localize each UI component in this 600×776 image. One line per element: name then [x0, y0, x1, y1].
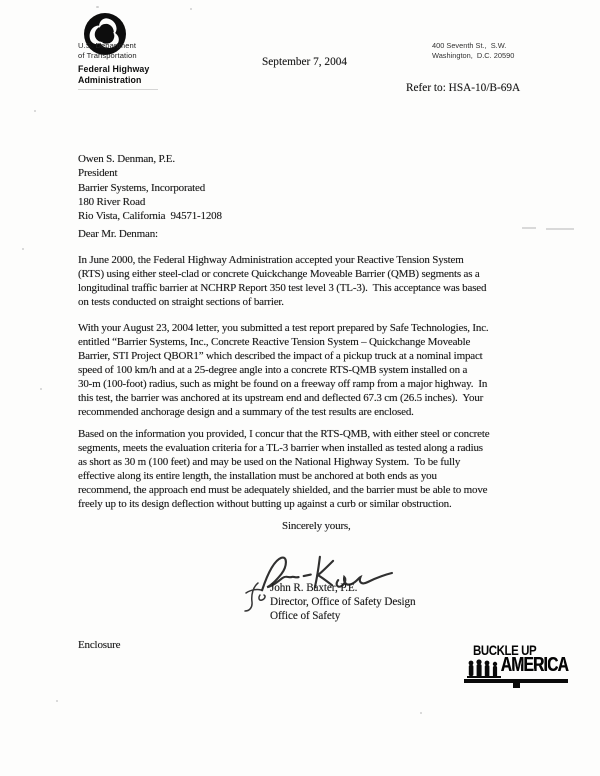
scan-smudge: [522, 227, 536, 229]
scan-smudge: [546, 228, 574, 230]
refer-to-line: Refer to: HSA-10/B-69A: [406, 82, 520, 94]
scan-speck: [420, 712, 422, 714]
letter-date: September 7, 2004: [262, 56, 347, 68]
valediction: Sincerely yours,: [282, 519, 351, 533]
hq-address: 400 Seventh St., S.W. Washington, D.C. 2…: [432, 41, 514, 60]
body-paragraph-2: With your August 23, 2004 letter, you su…: [78, 321, 489, 419]
recipient-address-block: Owen S. Denman, P.E. President Barrier S…: [78, 152, 222, 223]
scan-speck: [56, 700, 58, 702]
bua-line2: AMERICA: [501, 654, 553, 677]
agency-name-small: U.S. Department of Transportation: [78, 41, 137, 60]
signed-for-mark: [241, 580, 267, 614]
enclosure-note: Enclosure: [78, 638, 120, 652]
scan-speck: [22, 248, 24, 250]
buckle-up-america-logo: BUCKLE UP AMERICA: [464, 642, 568, 688]
bua-figures-icon: [466, 659, 502, 679]
scan-speck: [40, 388, 42, 390]
salutation: Dear Mr. Denman:: [78, 227, 158, 241]
scan-speck: [190, 8, 192, 10]
scanned-letter-page: U.S. Department of Transportation Federa…: [0, 0, 600, 776]
scan-speck: [34, 110, 36, 112]
body-paragraph-3: Based on the information you provided, I…: [78, 427, 489, 511]
signer-block: John R. Baxter, P.E. Director, Office of…: [270, 581, 415, 624]
letterhead-rule: [78, 89, 158, 90]
body-paragraph-1: In June 2000, the Federal Highway Admini…: [78, 253, 486, 309]
scan-speck: [96, 6, 99, 8]
bua-square: [513, 683, 520, 688]
agency-name-bold: Federal Highway Administration: [78, 64, 149, 85]
